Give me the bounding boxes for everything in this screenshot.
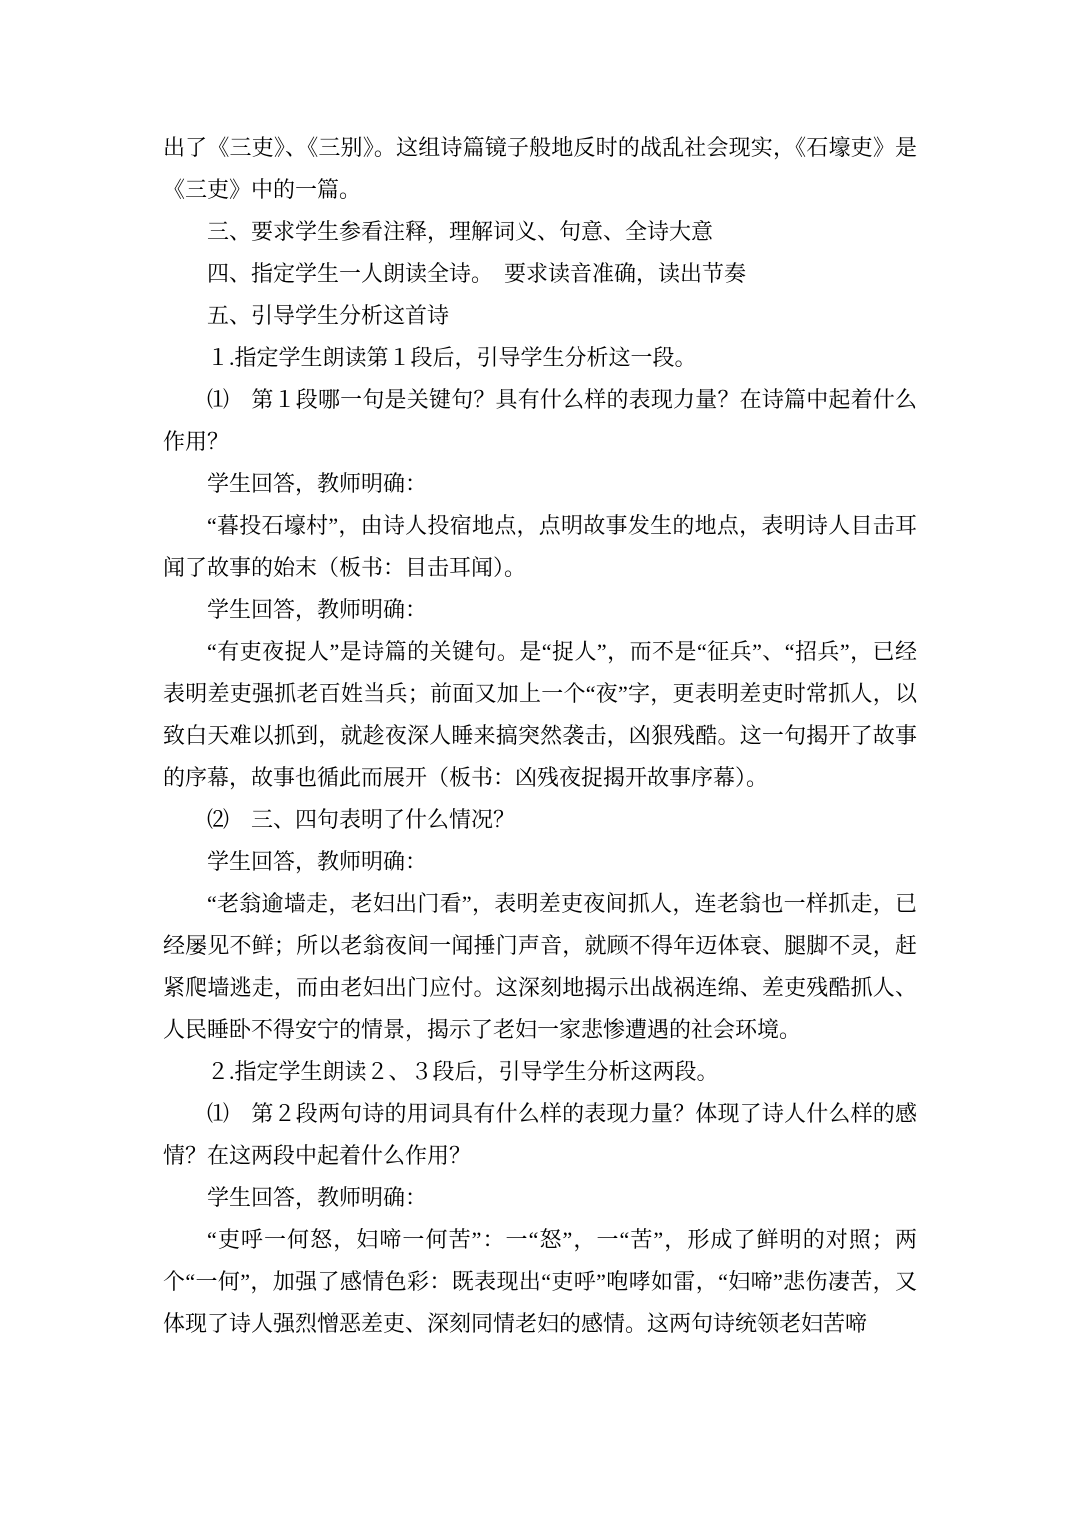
- paragraph-question-1-2: ⑵ 三、四句表明了什么情况？: [163, 799, 917, 841]
- paragraph-answer-prompt-4: 学生回答，教师明确：: [163, 1177, 917, 1219]
- paragraph-analysis-1: “暮投石壕村”，由诗人投宿地点，点明故事发生的地点，表明诗人目击耳闻了故事的始末…: [163, 505, 917, 589]
- paragraph-analysis-2: “有吏夜捉人”是诗篇的关键句。是“捉人”，而不是“征兵”、“招兵”，已经表明差吏…: [163, 631, 917, 799]
- paragraph-section-5: 五、引导学生分析这首诗: [163, 295, 917, 337]
- document-page: 出了《三吏》、《三别》。这组诗篇镜子般地反时的战乱社会现实，《石壕吏》是《三吏》…: [0, 0, 1080, 1528]
- document-text-block: 出了《三吏》、《三别》。这组诗篇镜子般地反时的战乱社会现实，《石壕吏》是《三吏》…: [163, 127, 917, 1345]
- paragraph-item-1: １.指定学生朗读第１段后，引导学生分析这一段。: [163, 337, 917, 379]
- paragraph-answer-prompt-2: 学生回答，教师明确：: [163, 589, 917, 631]
- paragraph-item-2: ２.指定学生朗读２、３段后，引导学生分析这两段。: [163, 1051, 917, 1093]
- paragraph-section-3: 三、要求学生参看注释，理解词义、句意、全诗大意: [163, 211, 917, 253]
- paragraph-answer-prompt-3: 学生回答，教师明确：: [163, 841, 917, 883]
- paragraph-question-2-1: ⑴ 第２段两句诗的用词具有什么样的表现力量？体现了诗人什么样的感情？在这两段中起…: [163, 1093, 917, 1177]
- paragraph-answer-prompt-1: 学生回答，教师明确：: [163, 463, 917, 505]
- paragraph-continuation: 出了《三吏》、《三别》。这组诗篇镜子般地反时的战乱社会现实，《石壕吏》是《三吏》…: [163, 127, 917, 211]
- paragraph-question-1-1: ⑴ 第１段哪一句是关键句？具有什么样的表现力量？在诗篇中起着什么作用？: [163, 379, 917, 463]
- paragraph-analysis-3: “老翁逾墙走，老妇出门看”，表明差吏夜间抓人，连老翁也一样抓走，已经屡见不鲜；所…: [163, 883, 917, 1051]
- paragraph-analysis-4: “吏呼一何怒，妇啼一何苦”：一“怒”，一“苦”，形成了鲜明的对照；两个“一何”，…: [163, 1219, 917, 1345]
- paragraph-section-4: 四、指定学生一人朗读全诗。 要求读音准确，读出节奏: [163, 253, 917, 295]
